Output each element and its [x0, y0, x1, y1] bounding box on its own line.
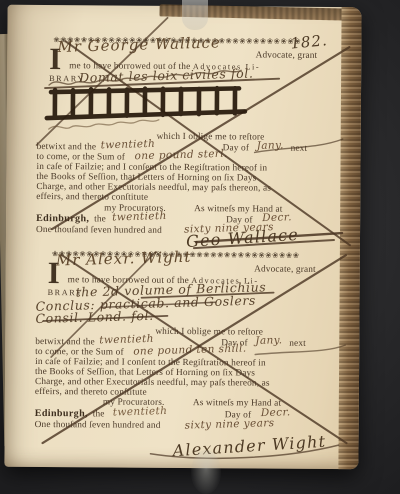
form-entry-2: ❀❀❀❀❀❀❀❀❀❀❀❀❀❀❀❀❀❀❀❀❀❀❀❀❀❀❀❀❀❀❀❀❀❀❀❀ I A…: [32, 249, 322, 483]
form-label-next: next: [289, 339, 306, 349]
form-label-to-come: to come, or the Sum of: [37, 152, 126, 163]
book-title-line3-handwritten: Consil. Lond. fol.: [35, 308, 154, 326]
sign-day-handwritten: twentieth: [113, 405, 168, 419]
form-label-betwixt: betwixt and the: [37, 142, 97, 152]
form-label-the: the: [94, 214, 106, 224]
form-label-oblige: which I oblige me to reſtore: [157, 132, 265, 143]
form-label-advocate-grant: Advocate, grant: [256, 51, 318, 61]
return-month-handwritten: Jany.: [256, 139, 283, 152]
return-month-handwritten: Jany.: [255, 334, 282, 347]
sign-day-handwritten: twentieth: [112, 210, 167, 224]
form-entry-1: ❀❀❀❀❀❀❀❀❀❀❀❀❀❀❀❀❀❀❀❀❀❀❀❀❀❀❀❀❀❀❀❀❀❀❀❀ I A…: [34, 35, 324, 269]
form-label-the: the: [93, 409, 105, 419]
form-label-one-thousand: One thouſand ſeven hundred and: [36, 225, 162, 236]
form-label-one-thousand: One thouſand ſeven hundred and: [35, 420, 161, 431]
form-label-betwixt: betwixt and the: [35, 337, 95, 347]
borrower-name-handwritten: Mr George Wallace: [57, 33, 221, 56]
book-strap-bottom: [191, 450, 221, 494]
form-label-effeirs: effeirs, and thereto conſtitute: [36, 192, 148, 203]
form-label-advocate-grant: Advocate, grant: [254, 264, 316, 274]
form-label-next: next: [291, 144, 308, 154]
form-label-oblige: which I oblige me to reſtore: [155, 327, 263, 338]
year-handwritten: sixty nine years: [185, 417, 275, 432]
photo-background: 182. ❀❀❀❀❀❀❀❀❀❀❀❀❀❀❀❀❀❀❀❀❀❀❀❀❀❀❀❀❀❀❀❀❀❀❀…: [0, 0, 400, 494]
form-label-effeirs: effeirs, and thereto conſtitute: [35, 387, 147, 398]
penalty-sum-handwritten: one pound sterl.: [134, 148, 228, 163]
penalty-sum-handwritten: one pound ten shill.: [133, 342, 247, 357]
borrower-name-handwritten: Mr Alexr. Wight: [56, 248, 192, 270]
form-label-to-come: to come, or the Sum of: [35, 347, 124, 358]
page-fore-edge: [338, 7, 361, 469]
form-label-edinburgh: Edinburgh,: [35, 408, 88, 419]
book-page: 182. ❀❀❀❀❀❀❀❀❀❀❀❀❀❀❀❀❀❀❀❀❀❀❀❀❀❀❀❀❀❀❀❀❀❀❀…: [4, 5, 361, 469]
book-strap-top: [182, 0, 208, 30]
form-label-edinburgh: Edinburgh,: [36, 213, 89, 224]
